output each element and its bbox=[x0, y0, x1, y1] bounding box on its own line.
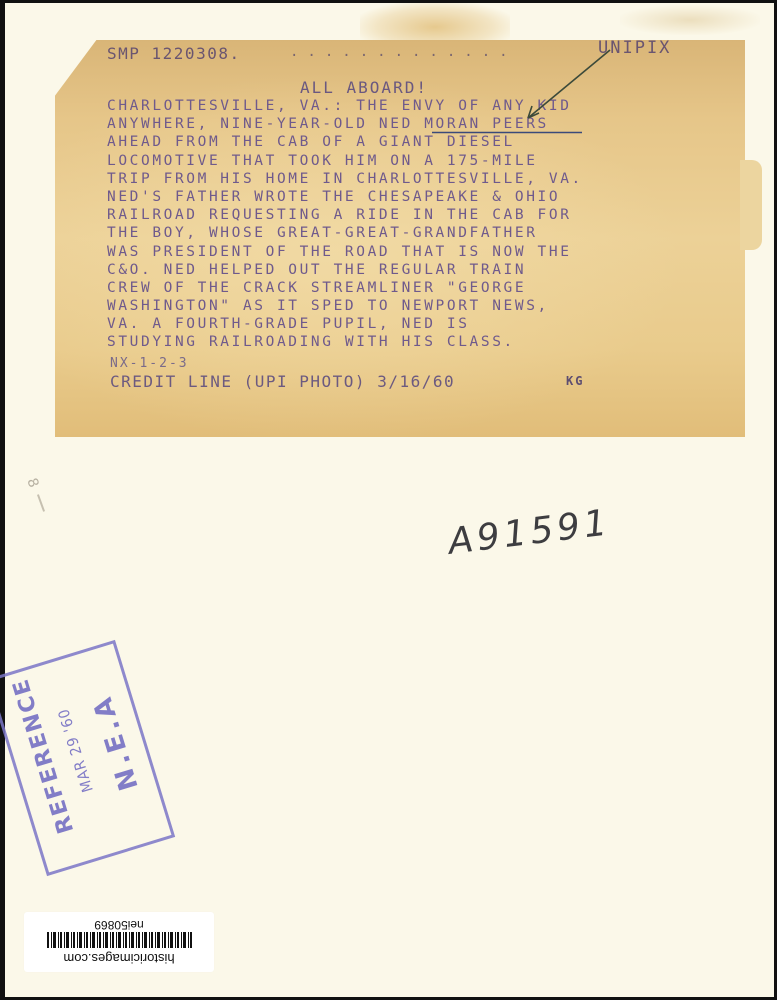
caption-credit-line: CREDIT LINE (UPI PHOTO) 3/16/60 bbox=[110, 372, 455, 391]
caption-line: THE BOY, WHOSE GREAT-GREAT-GRANDFATHER bbox=[107, 224, 583, 242]
caption-line: WASHINGTON" AS IT SPED TO NEWPORT NEWS, bbox=[107, 297, 583, 315]
caption-line: CREW OF THE CRACK STREAMLINER "GEORGE bbox=[107, 279, 583, 297]
barcode-sticker: historicimages.com nei50869 bbox=[24, 912, 214, 972]
caption-reference-code: NX-1-2-3 bbox=[110, 356, 189, 371]
caption-line: TRIP FROM HIS HOME IN CHARLOTTESVILLE, V… bbox=[107, 170, 583, 188]
pen-arrow-mark bbox=[420, 40, 650, 140]
barcode-icon bbox=[46, 932, 192, 948]
tape-stain bbox=[360, 3, 510, 43]
caption-header-id: SMP 1220308. bbox=[107, 44, 241, 63]
glue-stain bbox=[740, 160, 762, 250]
caption-line: VA. A FOURTH-GRADE PUPIL, NED IS bbox=[107, 315, 583, 333]
name-underline-mark bbox=[432, 131, 582, 134]
caption-initials: KG bbox=[566, 374, 584, 388]
barcode-id: nei50869 bbox=[24, 918, 214, 932]
caption-line: RAILROAD REQUESTING A RIDE IN THE CAB FO… bbox=[107, 206, 583, 224]
barcode-site: historicimages.com bbox=[24, 951, 214, 966]
caption-line: C&O. NED HELPED OUT THE REGULAR TRAIN bbox=[107, 261, 583, 279]
tape-stain bbox=[620, 5, 760, 35]
caption-line: WAS PRESIDENT OF THE ROAD THAT IS NOW TH… bbox=[107, 243, 583, 261]
caption-line: LOCOMOTIVE THAT TOOK HIM ON A 175-MILE bbox=[107, 152, 583, 170]
caption-line: STUDYING RAILROADING WITH HIS CLASS. bbox=[107, 333, 583, 351]
caption-line: NED'S FATHER WROTE THE CHESAPEAKE & OHIO bbox=[107, 188, 583, 206]
caption-title: ALL ABOARD! bbox=[300, 78, 428, 97]
